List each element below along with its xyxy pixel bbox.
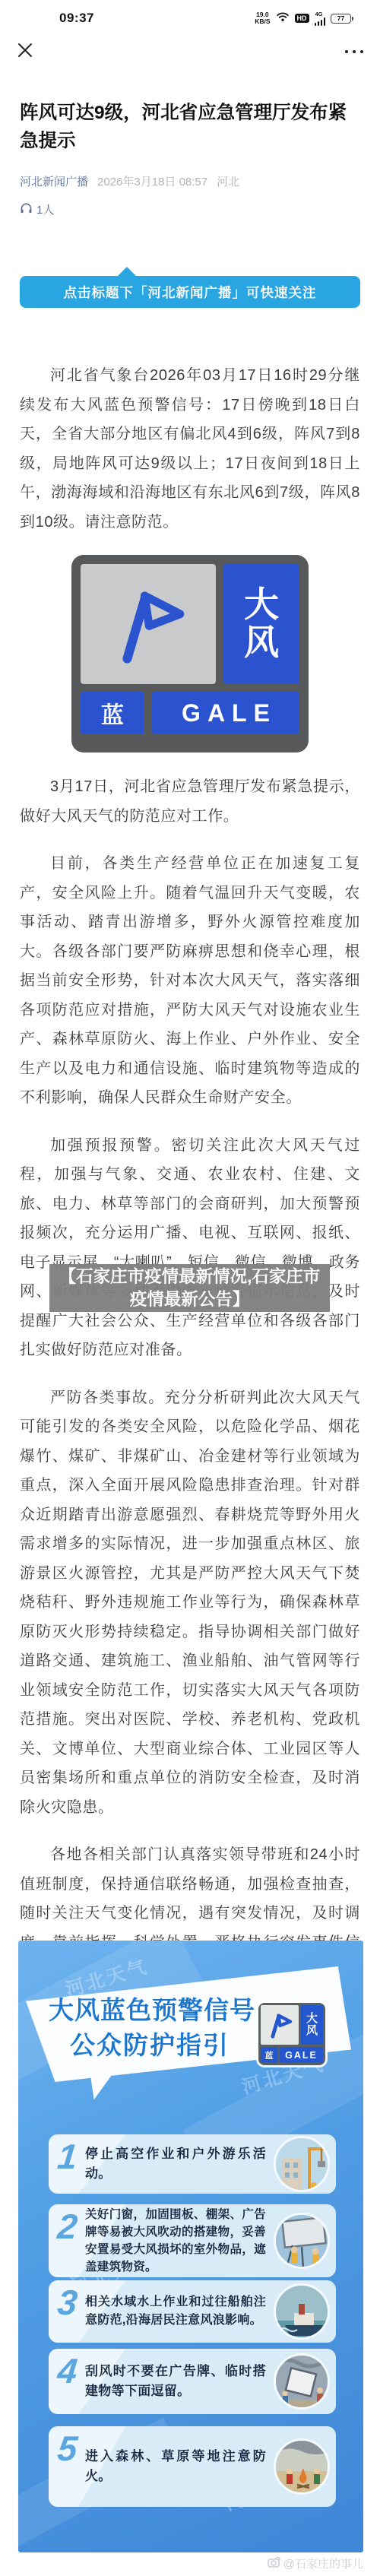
headphones-icon	[20, 202, 33, 217]
item-text: 进入森林、草原等地注意防火。	[85, 2447, 266, 2486]
paragraph: 目前，各类生产经营单位正在加速复工复产，安全风险上升。随着气温回升天气变暖，农事…	[20, 849, 360, 1113]
item-text: 刮风时不要在广告牌、临时搭建物等下面逗留。	[85, 2362, 266, 2401]
status-bar: 09:37 19.0KB/S HD 4G 77	[0, 0, 380, 35]
fallen-billboard-photo	[274, 2353, 330, 2410]
item-number: 4	[55, 2350, 79, 2391]
sign-level-label: 蓝	[81, 692, 144, 734]
cell-signal-icon: 4G	[315, 11, 326, 26]
sign-dafeng-label: 大风	[223, 564, 299, 684]
item-number: 2	[55, 2206, 79, 2247]
construction-site-photo	[274, 2136, 330, 2192]
battery-icon: 77	[331, 14, 351, 24]
sign-gale-label: GALE	[280, 2047, 323, 2063]
item-number: 5	[55, 2428, 79, 2469]
paragraph: 加强预报预警。密切关注此次大风天气过程，加强与气象、交通、农业农村、住建、文旅、…	[20, 1131, 360, 1365]
item-text: 停止高空作业和户外游乐活动。	[85, 2144, 266, 2184]
guideline-item-5: 5 进入森林、草原等地注意防火。	[49, 2426, 336, 2507]
wifi-icon	[276, 11, 290, 26]
sign-level-label: 蓝	[261, 2047, 277, 2063]
footer-watermark: @石家庄的事儿	[268, 2555, 363, 2571]
article-body: 阵风可达9级，河北省应急管理厅发布紧急提示 河北新闻广播 2026年3月18日 …	[0, 99, 380, 2074]
nav-bar	[0, 35, 380, 68]
paragraph: 严防各类事故。充分分析研判此次大风天气可能引发的各类安全风险，以危险化学品、烟花…	[20, 1383, 360, 1823]
source-account-link[interactable]: 河北新闻广播	[20, 173, 88, 189]
byline: 河北新闻广播 2026年3月18日 08:57 河北	[20, 173, 360, 189]
sign-gale-label: GALE	[152, 692, 299, 734]
wind-flag-icon	[81, 564, 216, 684]
paragraph: 3月17日，河北省应急管理厅发布紧急提示，做好大风天气的防范应对工作。	[20, 772, 360, 831]
article-content: 河北省气象台2026年03月17日16时29分继续发布大风蓝色预警信号：17日傍…	[20, 361, 360, 2074]
workers-fixing-panel-photo	[274, 2213, 330, 2269]
close-icon[interactable]	[17, 42, 33, 62]
more-menu-icon[interactable]	[345, 50, 364, 54]
page-title: 阵风可达9级，河北省应急管理厅发布紧急提示	[20, 99, 360, 155]
item-number: 1	[55, 2136, 79, 2177]
gale-warning-sign-image: 大风 蓝 GALE	[20, 555, 360, 753]
hd-volte-icon: HD	[295, 14, 309, 23]
guideline-item-1: 1 停止高空作业和户外游乐活动。	[49, 2134, 336, 2194]
network-speed: 19.0KB/S	[255, 11, 270, 25]
publish-date: 2026年3月18日 08:57	[97, 173, 207, 189]
guideline-item-2: 2 关好门窗，加固围板、棚架、广告牌等易被大风吹动的搭建物，妥善安置易受大风损坏…	[49, 2204, 336, 2277]
overlay-watermark-box: 【石家庄市疫情最新情况,石家庄市疫情最新公告】	[49, 1264, 330, 1312]
item-text: 相关水域水上作业和过往船舶注意防范,沿海居民注意风浪影响。	[85, 2293, 266, 2330]
mini-gale-sign: 大风 蓝 GALE	[258, 2003, 325, 2065]
gale-guideline-infographic: 河北天气 河北天气 河北天气 河北天气 大风蓝色预警信号 公众防护指引 大风 蓝…	[18, 1941, 363, 2552]
paragraph: 河北省气象台2026年03月17日16时29分继续发布大风蓝色预警信号：17日傍…	[20, 361, 360, 537]
weibo-camera-icon	[268, 2556, 280, 2571]
sign-dafeng-label: 大风	[301, 2005, 323, 2045]
ship-at-sea-photo	[274, 2283, 330, 2340]
clock-time: 09:37	[59, 11, 94, 26]
item-text: 关好门窗，加固围板、棚架、广告牌等易被大风吹动的搭建物，妥善安置易受大风损坏的室…	[85, 2206, 266, 2276]
wind-flag-icon	[261, 2005, 299, 2045]
listen-count: 1人	[36, 201, 54, 217]
guideline-item-4: 4 刮风时不要在广告牌、临时搭建物等下面逗留。	[49, 2349, 336, 2414]
infographic-title-line2: 公众防护指引	[70, 2026, 230, 2061]
campfire-in-field-photo	[274, 2438, 330, 2495]
publish-location: 河北	[217, 173, 239, 189]
follow-banner-text: 点击标题下「河北新闻广播」可快速关注	[20, 276, 360, 308]
header-bubble-tail	[87, 2073, 111, 2102]
follow-banner: 点击标题下「河北新闻广播」可快速关注	[20, 276, 360, 308]
audio-listen-row[interactable]: 1人	[20, 201, 360, 217]
infographic-title-line1: 大风蓝色预警信号	[49, 1991, 255, 2026]
footer-watermark-text: @石家庄的事儿	[283, 2555, 363, 2571]
guideline-item-3: 3 相关水域水上作业和过往船舶注意防范,沿海居民注意风浪影响。	[49, 2280, 336, 2343]
banner-pointer	[117, 267, 137, 277]
item-number: 3	[55, 2282, 79, 2323]
